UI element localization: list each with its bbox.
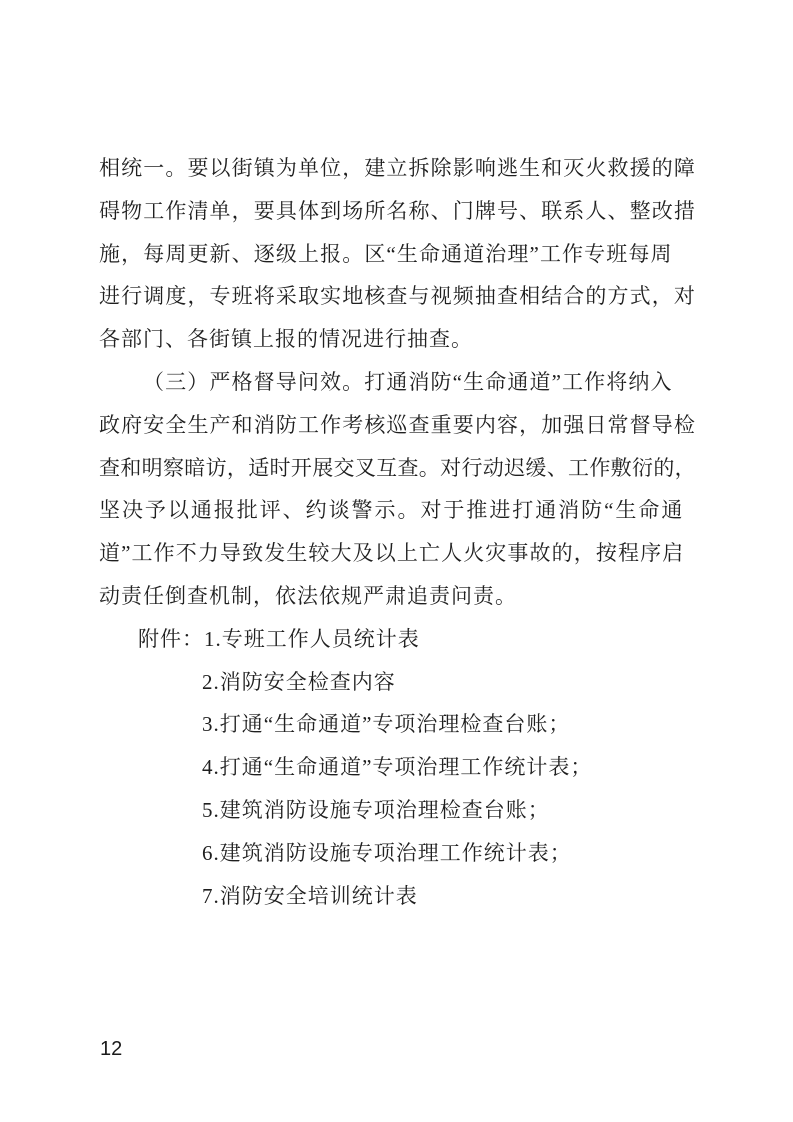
page-number: 12 [100,1038,122,1060]
attachment-item: 4.打通“生命通道”专项治理工作统计表； [99,746,699,789]
attachment-item: 5.建筑消防设施专项治理检查台账； [99,789,699,832]
attachment-item: 3.打通“生命通道”专项治理检查台账； [99,703,699,746]
body-line: 道”工作不力导致发生较大及以上亡人火灾事故的，按程序启 [99,532,699,575]
attachment-label: 附件： [138,627,204,651]
document-body: 相统一。要以街镇为单位，建立拆除影响逃生和灭火救援的障 碍物工作清单，要具体到场… [99,147,699,917]
body-line: 坚决予以通报批评、约谈警示。对于推进打通消防“生命通 [99,489,699,532]
body-line: 施，每周更新、逐级上报。区“生命通道治理”工作专班每周 [99,233,699,276]
attachment-item: 1.专班工作人员统计表 [204,627,420,651]
document-page: 相统一。要以街镇为单位，建立拆除影响逃生和灭火救援的障 碍物工作清单，要具体到场… [0,0,793,1122]
body-line: 碍物工作清单，要具体到场所名称、门牌号、联系人、整改措 [99,190,699,233]
body-line: 相统一。要以街镇为单位，建立拆除影响逃生和灭火救援的障 [99,147,699,190]
body-line-paragraph-end: 各部门、各街镇上报的情况进行抽查。 [99,318,699,361]
body-line-paragraph-end: 动责任倒查机制，依法依规严肃追责问责。 [99,575,699,618]
attachment-list-header: 附件：1.专班工作人员统计表 [99,618,699,661]
attachment-item: 6.建筑消防设施专项治理工作统计表； [99,832,699,875]
attachment-item: 7.消防安全培训统计表 [99,875,699,918]
body-line: 查和明察暗访，适时开展交叉互查。对行动迟缓、工作敷衍的， [99,447,699,490]
body-line: 进行调度，专班将采取实地核查与视频抽查相结合的方式，对 [99,275,699,318]
attachment-item: 2.消防安全检查内容 [99,661,699,704]
body-line: 政府安全生产和消防工作考核巡查重要内容，加强日常督导检 [99,404,699,447]
body-line-paragraph-start: （三）严格督导问效。打通消防“生命通道”工作将纳入 [99,361,699,404]
